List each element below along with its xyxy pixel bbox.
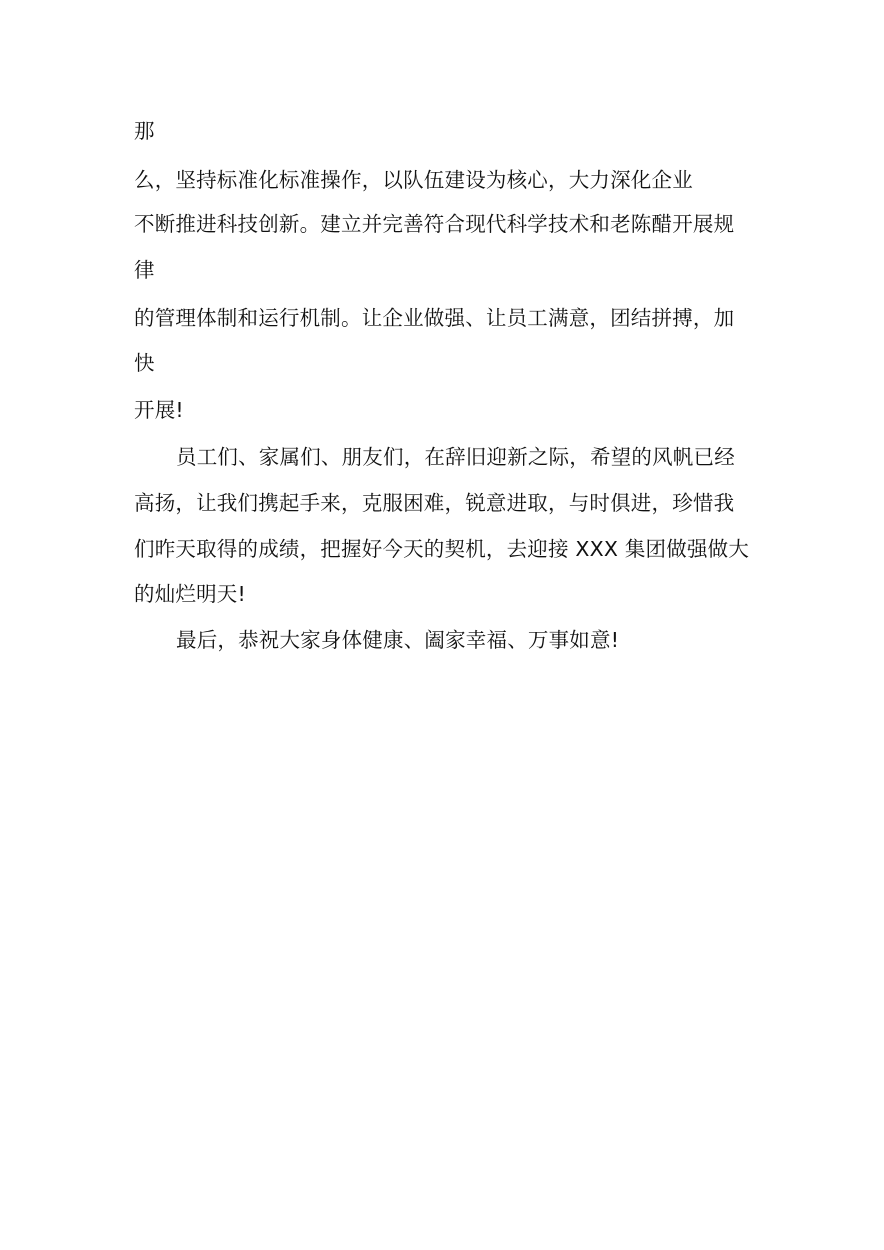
- text-line: 律: [134, 258, 155, 282]
- text-line: 么，坚持标准化标准操作，以队伍建设为核心，大力深化企业: [134, 168, 693, 192]
- text-line: 的管理体制和运行机制。让企业做强、让员工满意，团结拼搏，加: [134, 306, 734, 330]
- document-page: 那 么，坚持标准化标准操作，以队伍建设为核心，大力深化企业 不断推进科技创新。建…: [0, 0, 884, 1250]
- paragraph-start-line: 员工们、家属们、朋友们，在辞旧迎新之际，希望的风帆已经: [176, 445, 735, 469]
- text-line: 不断推进科技创新。建立并完善符合现代科学技术和老陈醋开展规: [134, 212, 734, 236]
- text-line: 高扬，让我们携起手来，克服困难，锐意进取，与时俱进，珍惜我: [134, 491, 734, 515]
- closing-line: 最后，恭祝大家身体健康、阖家幸福、万事如意!: [176, 628, 619, 652]
- text-line: 快: [134, 351, 155, 375]
- text-line: 的灿烂明天!: [134, 582, 246, 606]
- text-line: 们昨天取得的成绩，把握好今天的契机，去迎接 XXX 集团做强做大: [134, 537, 749, 561]
- text-line: 开展!: [134, 398, 184, 422]
- text-line: 那: [134, 119, 155, 143]
